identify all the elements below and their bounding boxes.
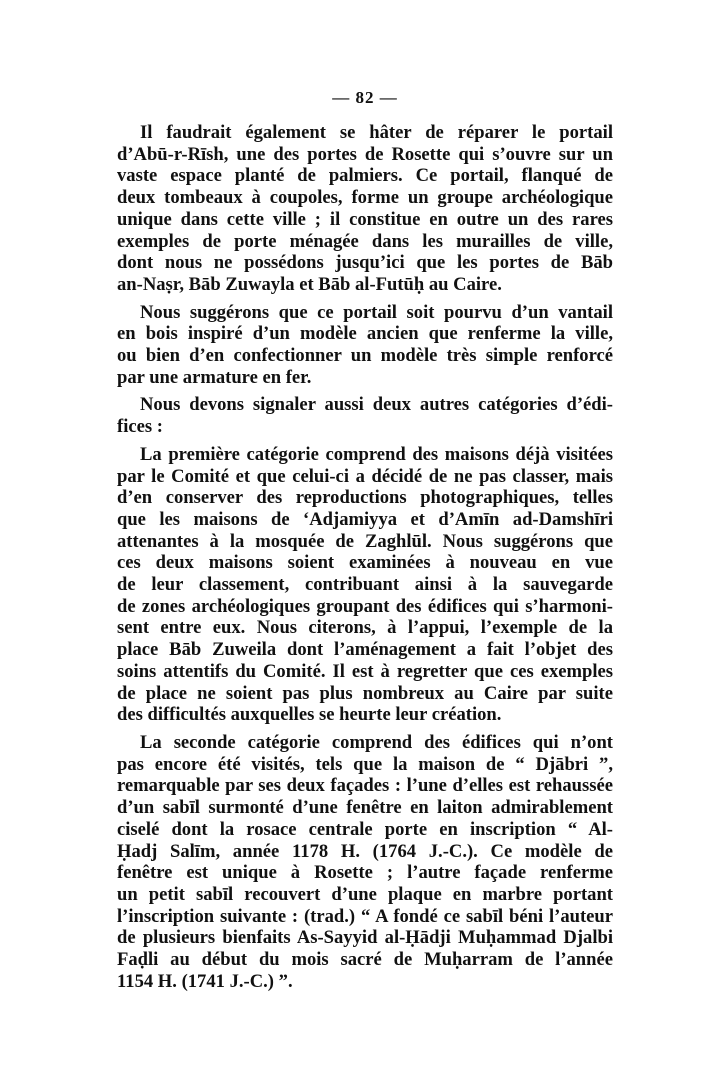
text-line: 1154 H. (1741 J.-C.) ”. <box>117 971 613 993</box>
text-line: par une armature en fer. <box>117 367 613 389</box>
text-line: exemples de porte ménagée dans les murai… <box>117 231 613 253</box>
text-line: an-Naṣr, Bāb Zuwayla et Bāb al-Futūḥ au … <box>117 274 613 296</box>
text-line: de zones archéologiques groupant des édi… <box>117 596 613 618</box>
text-line: fenêtre est unique à Rosette ; l’autre f… <box>117 862 613 884</box>
text-line: vaste espace planté de palmiers. Ce port… <box>117 165 613 187</box>
text-line: unique dans cette ville ; il constitue e… <box>117 209 613 231</box>
text-line: un petit sabīl recouvert d’une plaque en… <box>117 884 613 906</box>
text-line: deux tombeaux à coupoles, forme un group… <box>117 187 613 209</box>
paragraph: Nous suggérons que ce portail soit pourv… <box>117 302 613 389</box>
text-line: pas encore été visités, tels que la mais… <box>117 754 613 776</box>
text-line: d’Abū-r-Rīsh, une des portes de Rosette … <box>117 144 613 166</box>
text-line: Nous devons signaler aussi deux autres c… <box>117 394 613 416</box>
text-line: place Bāb Zuweila dont l’aménagement a f… <box>117 639 613 661</box>
text-line: remarquable par ses deux façades : l’une… <box>117 775 613 797</box>
text-line: d’un sabīl surmonté d’une fenêtre en lai… <box>117 797 613 819</box>
text-line: ou bien d’en confectionner un modèle trè… <box>117 345 613 367</box>
text-line: de leur classement, contribuant ainsi à … <box>117 574 613 596</box>
text-line: dont nous ne possédons jusqu’ici que les… <box>117 252 613 274</box>
text-line: Ḥadj Salīm, année 1178 H. (1764 J.-C.). … <box>117 841 613 863</box>
text-line: La première catégorie comprend des maiso… <box>117 444 613 466</box>
paragraph: La première catégorie comprend des maiso… <box>117 444 613 726</box>
document-page: — 82 — Il faudrait également se hâter de… <box>117 88 613 998</box>
text-line: des difficultés auxquelles se heurte leu… <box>117 704 613 726</box>
text-line: par le Comité et que celui-ci a décidé d… <box>117 466 613 488</box>
text-line: Faḍli au début du mois sacré de Muḥarram… <box>117 949 613 971</box>
page-number: — 82 — <box>117 88 613 108</box>
text-line: d’en conserver des reproductions photogr… <box>117 487 613 509</box>
text-line: fices : <box>117 416 613 438</box>
paragraph: La seconde catégorie comprend des édific… <box>117 732 613 992</box>
text-line: de plusieurs bienfaits As-Sayyid al-Ḥādj… <box>117 927 613 949</box>
paragraph: Il faudrait également se hâter de répare… <box>117 122 613 296</box>
text-line: Nous suggérons que ce portail soit pourv… <box>117 302 613 324</box>
text-line: attenantes à la mosquée de Zaghlūl. Nous… <box>117 531 613 553</box>
text-line: Il faudrait également se hâter de répare… <box>117 122 613 144</box>
text-line: de place ne soient pas plus nombreux au … <box>117 683 613 705</box>
paragraph: Nous devons signaler aussi deux autres c… <box>117 394 613 437</box>
text-line: l’inscription suivante : (trad.) “ A fon… <box>117 906 613 928</box>
body-text: Il faudrait également se hâter de répare… <box>117 122 613 992</box>
text-line: soins attentifs du Comité. Il est à regr… <box>117 661 613 683</box>
text-line: ciselé dont la rosace centrale porte en … <box>117 819 613 841</box>
text-line: ces deux maisons soient examinées à nouv… <box>117 552 613 574</box>
text-line: sent entre eux. Nous citerons, à l’appui… <box>117 617 613 639</box>
text-line: que les maisons de ‘Adjamiyya et d’Amīn … <box>117 509 613 531</box>
text-line: en bois inspiré d’un modèle ancien que r… <box>117 323 613 345</box>
text-line: La seconde catégorie comprend des édific… <box>117 732 613 754</box>
